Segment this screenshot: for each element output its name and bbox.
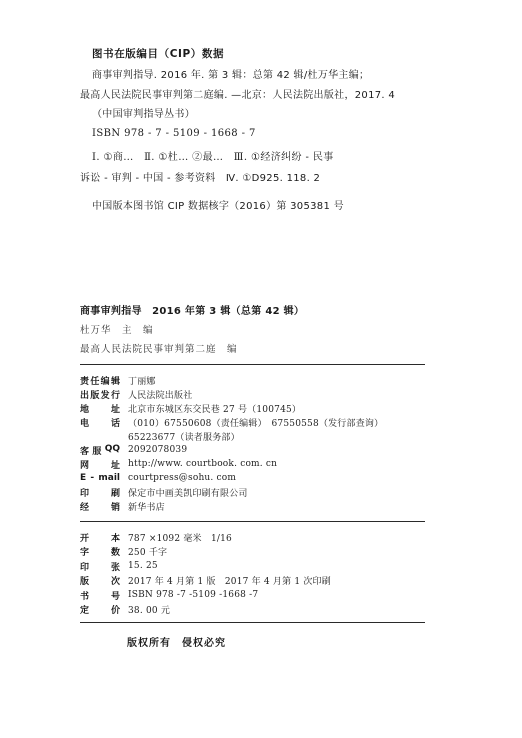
- cip-classification-1: Ⅰ. ①商… Ⅱ. ①杜… ②最… Ⅲ. ①经济纠纷 - 民事: [92, 151, 334, 165]
- cip-classification-2: 诉讼 - 审判 - 中国 - 参考资料 Ⅳ. ①D925. 118. 2: [80, 172, 320, 186]
- row-value: 人民法院出版社: [128, 388, 192, 401]
- row-label-char: 印: [80, 560, 89, 573]
- row-label-char: 价: [111, 603, 120, 616]
- row-value: 丁丽娜: [128, 374, 156, 387]
- row-value: 2092078039: [128, 445, 187, 455]
- row-label-char: 编: [101, 374, 110, 387]
- row-label: 地址: [80, 402, 120, 415]
- cip-line-2: 最高人民法院民事审判第二庭编. —北京：人民法院出版社，2017. 4: [80, 89, 395, 103]
- copyright-notice: 版权所有 侵权必究: [127, 634, 226, 649]
- row-label-char: 本: [111, 531, 120, 544]
- cip-isbn: ISBN 978 - 7 - 5109 - 1668 - 7: [92, 127, 256, 141]
- book-chief-editor: 杜万华 主 编: [80, 322, 154, 336]
- row-value: 15. 25: [128, 561, 158, 571]
- row-label-char: 地: [80, 402, 89, 415]
- row-label-char: 址: [111, 402, 120, 415]
- row-value: 38. 00 元: [128, 603, 170, 616]
- row-value: courtpress@sohu. com: [128, 473, 236, 483]
- book-compiler: 最高人民法院民事审判第二庭 编: [80, 341, 238, 355]
- publishing-row: 65223677（读者服务部）: [80, 429, 240, 443]
- publishing-row: 责任编辑丁丽娜: [80, 373, 156, 387]
- row-label-char: 客: [80, 444, 89, 457]
- row-label-char: 行: [111, 388, 120, 401]
- spec-row: 版次2017 年 4 月第 1 版 2017 年 4 月第 1 次印刷: [80, 574, 331, 588]
- publishing-row: 地址北京市东城区东交民巷 27 号（100745）: [80, 401, 301, 415]
- row-label-char: 印: [80, 486, 89, 499]
- row-label-char: 定: [80, 603, 89, 616]
- row-label: 书号: [80, 589, 120, 602]
- row-label: E-mail: [80, 473, 120, 483]
- row-value: 北京市东城区东交民巷 27 号（100745）: [128, 402, 301, 415]
- cip-heading: 图书在版编目（CIP）数据: [92, 46, 224, 61]
- row-label-char: 数: [111, 545, 120, 558]
- row-label: 经销: [80, 500, 120, 513]
- row-label-char: 张: [111, 560, 120, 573]
- row-label-char: 话: [111, 416, 120, 429]
- row-label-char: 开: [80, 531, 89, 544]
- row-label-char: 书: [80, 589, 89, 602]
- publishing-row: 经销新华书店: [80, 499, 165, 513]
- row-value: 保定市中画美凯印刷有限公司: [128, 486, 248, 499]
- row-value: 新华书店: [128, 500, 165, 513]
- row-label-char: 出: [80, 388, 89, 401]
- cip-verification: 中国版本图书馆 CIP 数据核字（2016）第 305381 号: [92, 200, 344, 214]
- row-label-char: 次: [111, 574, 120, 587]
- row-value: http://www. courtbook. com. cn: [128, 459, 277, 469]
- row-label-char: 服: [92, 444, 101, 457]
- row-label-char: E: [80, 473, 86, 483]
- row-value: 2017 年 4 月第 1 版 2017 年 4 月第 1 次印刷: [128, 574, 331, 587]
- row-label-char: 版: [90, 388, 99, 401]
- book-title: 商事审判指导 2016 年第 3 辑（总第 42 辑）: [80, 302, 304, 317]
- spec-row: 印张15. 25: [80, 559, 158, 573]
- row-label-char: 刷: [111, 486, 120, 499]
- row-label-char: 销: [111, 500, 120, 513]
- publishing-row: 印刷保定市中画美凯印刷有限公司: [80, 485, 248, 499]
- row-label: 印刷: [80, 486, 120, 499]
- row-label: 责任编辑: [80, 374, 120, 387]
- row-label-char: 责: [80, 374, 89, 387]
- row-label: 版次: [80, 574, 120, 587]
- row-label: 开本: [80, 531, 120, 544]
- row-label-char: QQ: [105, 444, 120, 457]
- spec-row: 字数250 千字: [80, 545, 167, 559]
- cip-line-3: （中国审判指导丛书）: [92, 108, 195, 122]
- row-label-char: 辑: [111, 374, 120, 387]
- row-label: 出版发行: [80, 388, 120, 401]
- row-value: 65223677（读者服务部）: [128, 430, 240, 443]
- spec-row: 书号ISBN 978 -7 -5109 -1668 -7: [80, 588, 258, 602]
- row-label-char: 经: [80, 500, 89, 513]
- row-label-char: mail: [98, 473, 120, 483]
- row-value: 250 千字: [128, 545, 167, 558]
- row-label-char: 网: [80, 458, 89, 471]
- spec-row: 开本787 ×1092 毫米 1/16: [80, 530, 232, 544]
- row-label-char: 址: [111, 458, 120, 471]
- divider-top: [80, 364, 425, 365]
- publishing-row: 出版发行人民法院出版社: [80, 387, 192, 401]
- publishing-row: 网址http://www. courtbook. com. cn: [80, 457, 277, 471]
- divider-bottom: [80, 622, 425, 623]
- row-label-char: 号: [111, 589, 120, 602]
- row-label-char: -: [90, 473, 94, 483]
- cip-line-1: 商事审判指导. 2016 年. 第 3 辑：总第 42 辑/杜万华主编；: [92, 69, 369, 83]
- spec-row: 定价38. 00 元: [80, 603, 170, 617]
- row-label: 字数: [80, 545, 120, 558]
- row-label: 电话: [80, 416, 120, 429]
- row-value: ISBN 978 -7 -5109 -1668 -7: [128, 590, 258, 600]
- row-label-char: 字: [80, 545, 89, 558]
- row-label: 客服QQ: [80, 444, 120, 457]
- row-value: （010）67550608（责任编辑） 67550558（发行部查询）: [128, 416, 383, 429]
- row-label-char: 电: [80, 416, 89, 429]
- publishing-row: 客服QQ2092078039: [80, 443, 187, 457]
- row-label-char: 任: [90, 374, 99, 387]
- row-value: 787 ×1092 毫米 1/16: [128, 531, 232, 544]
- publishing-row: 电话（010）67550608（责任编辑） 67550558（发行部查询）: [80, 415, 383, 429]
- row-label: 印张: [80, 560, 120, 573]
- divider-middle: [80, 521, 425, 522]
- row-label-char: 发: [101, 388, 110, 401]
- row-label: 网址: [80, 458, 120, 471]
- row-label: 定价: [80, 603, 120, 616]
- publishing-row: E-mailcourtpress@sohu. com: [80, 471, 236, 485]
- row-label-char: 版: [80, 574, 89, 587]
